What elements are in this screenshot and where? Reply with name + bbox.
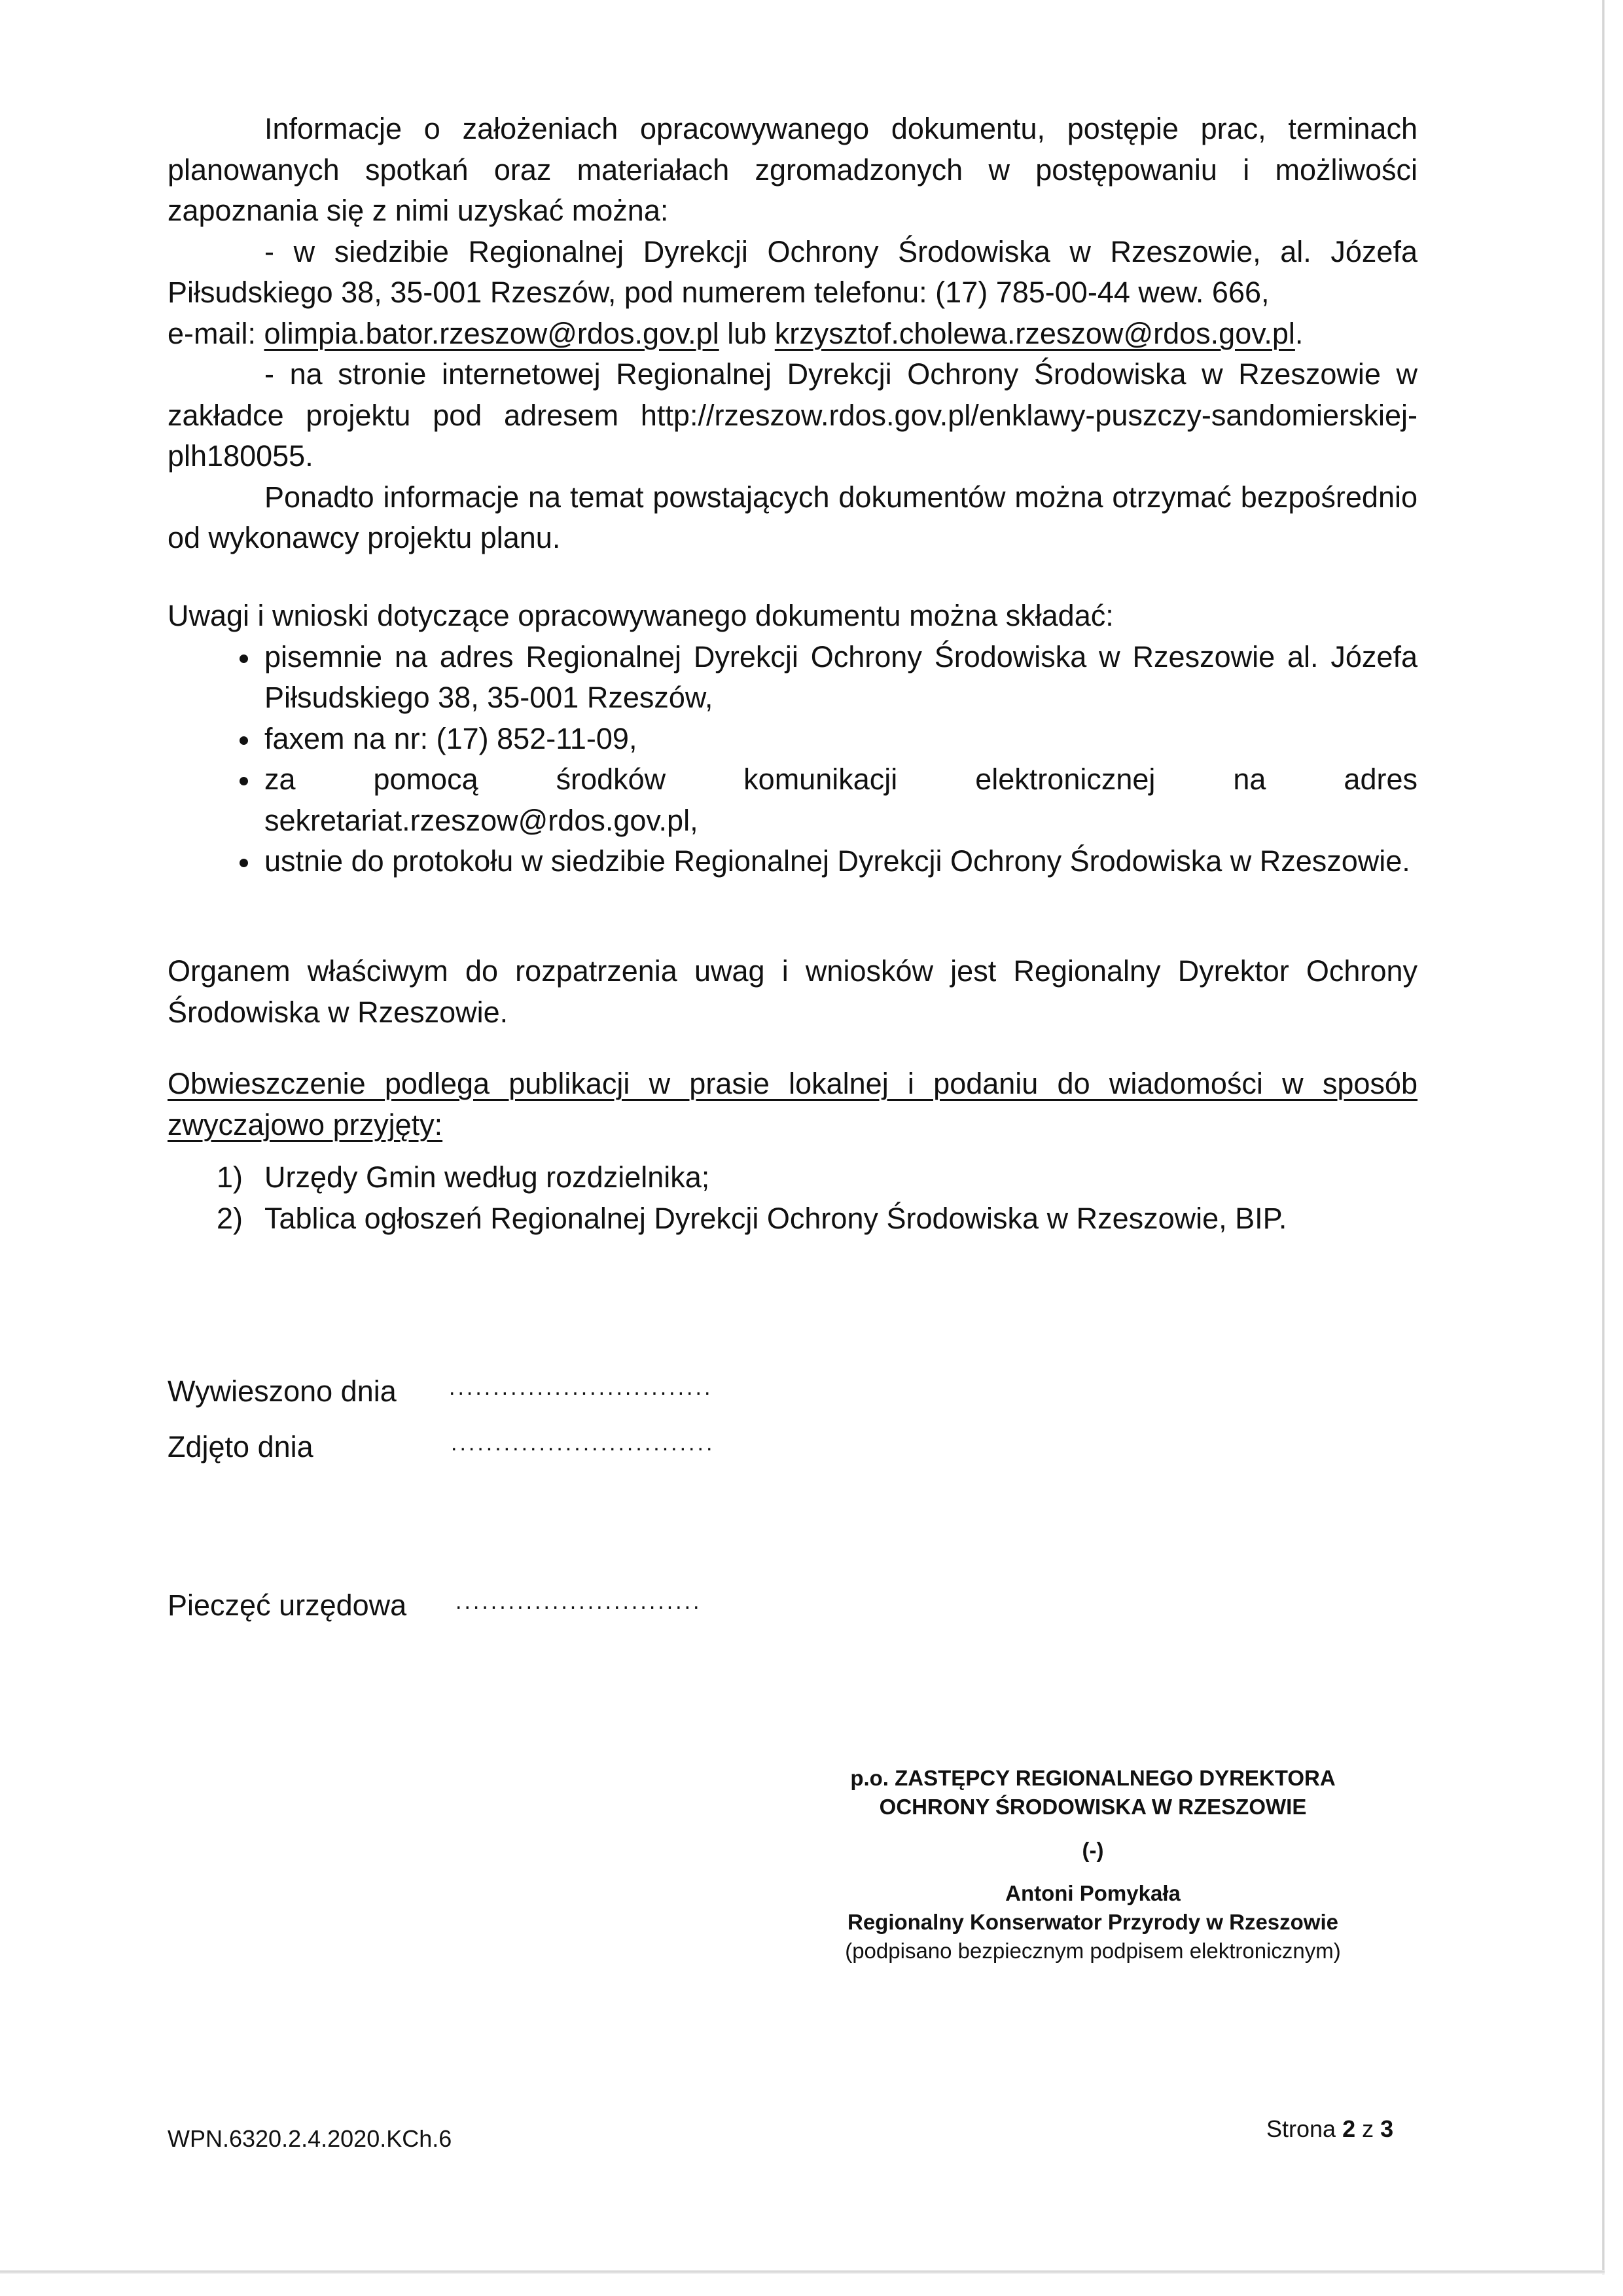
page-number: Strona 2 z 3 [1266, 2115, 1393, 2143]
scan-edge-right [1602, 0, 1605, 2274]
bullet-icon [240, 859, 248, 867]
info-section: Informacje o założeniach opracowywanego … [168, 109, 1418, 559]
list-item: ustnie do protokołu w siedzibie Regional… [168, 841, 1418, 882]
authority-section: Organem właściwym do rozpatrzenia uwag i… [168, 951, 1418, 1033]
document-reference: WPN.6320.2.4.2020.KCh.6 [168, 2125, 452, 2153]
info-intro-paragraph: Informacje o założeniach opracowywanego … [168, 109, 1418, 232]
signature-block: p.o. ZASTĘPCY REGIONALNEGO DYREKTORA OCH… [772, 1764, 1414, 1965]
list-item: 1)Urzędy Gmin według rozdzielnika; [168, 1157, 1418, 1198]
office-contact-paragraph: - w siedzibie Regionalnej Dyrekcji Ochro… [168, 232, 1418, 314]
removed-date-field: Zdjęto dnia ............................… [168, 1427, 313, 1467]
email-line: e-mail: olimpia.bator.rzeszow@rdos.gov.p… [168, 314, 1418, 355]
comments-methods-list: pisemnie na adres Regionalnej Dyrekcji O… [168, 637, 1418, 882]
posted-date-blank: .............................. [449, 1367, 713, 1408]
email-prefix: e-mail: [168, 317, 256, 350]
list-item: pisemnie na adres Regionalnej Dyrekcji O… [168, 637, 1418, 719]
page-current: 2 [1342, 2115, 1355, 2142]
removed-date-label: Zdjęto dnia [168, 1430, 313, 1463]
signature-title-line-2: OCHRONY ŚRODOWISKA W RZESZOWIE [772, 1793, 1414, 1821]
authority-paragraph: Organem właściwym do rozpatrzenia uwag i… [168, 951, 1418, 1033]
official-stamp-blank: ............................ [455, 1581, 702, 1622]
scan-edge-bottom [0, 2270, 1605, 2274]
page-total: 3 [1380, 2115, 1393, 2142]
publication-list: 1)Urzędy Gmin według rozdzielnika; 2)Tab… [168, 1157, 1418, 1239]
comments-section: Uwagi i wnioski dotyczące opracowywanego… [168, 596, 1418, 882]
posted-date-label: Wywieszono dnia [168, 1374, 397, 1408]
signatory-position: Regionalny Konserwator Przyrody w Rzeszo… [772, 1908, 1414, 1937]
contractor-paragraph: Ponadto informacje na temat powstających… [168, 477, 1418, 559]
signatory-name: Antoni Pomykała [772, 1879, 1414, 1908]
publication-section: Obwieszczenie podlega publikacji w prasi… [168, 1064, 1418, 1239]
bullet-icon [240, 736, 248, 745]
document-page: Informacje o założeniach opracowywanego … [0, 0, 1623, 2296]
removed-date-blank: .............................. [451, 1423, 715, 1463]
email-joiner: lub [727, 317, 766, 350]
official-stamp-field: Pieczęć urzędowa .......................… [168, 1585, 406, 1626]
comments-lead: Uwagi i wnioski dotyczące opracowywanego… [168, 596, 1418, 637]
email-link-krzysztof-cholewa[interactable]: krzysztof.cholewa.rzeszow@rdos.gov.pl [775, 317, 1295, 350]
signature-title-line-1: p.o. ZASTĘPCY REGIONALNEGO DYREKTORA [772, 1764, 1414, 1793]
signature-note: (podpisano bezpiecznym podpisem elektron… [772, 1937, 1414, 1965]
bullet-icon [240, 777, 248, 785]
list-item: za pomocą środków komunikacji elektronic… [168, 759, 1418, 841]
bullet-icon [240, 655, 248, 663]
list-item: 2)Tablica ogłoszeń Regionalnej Dyrekcji … [168, 1198, 1418, 1240]
list-item: faxem na nr: (17) 852-11-09, [168, 719, 1418, 760]
email-suffix: . [1295, 317, 1304, 350]
email-link-olimpia-bator[interactable]: olimpia.bator.rzeszow@rdos.gov.pl [264, 317, 719, 350]
website-paragraph: - na stronie internetowej Regionalnej Dy… [168, 354, 1418, 477]
posted-date-field: Wywieszono dnia ........................… [168, 1371, 397, 1412]
signature-mark: (-) [772, 1836, 1414, 1865]
official-stamp-label: Pieczęć urzędowa [168, 1588, 406, 1622]
publication-heading: Obwieszczenie podlega publikacji w prasi… [168, 1064, 1418, 1145]
